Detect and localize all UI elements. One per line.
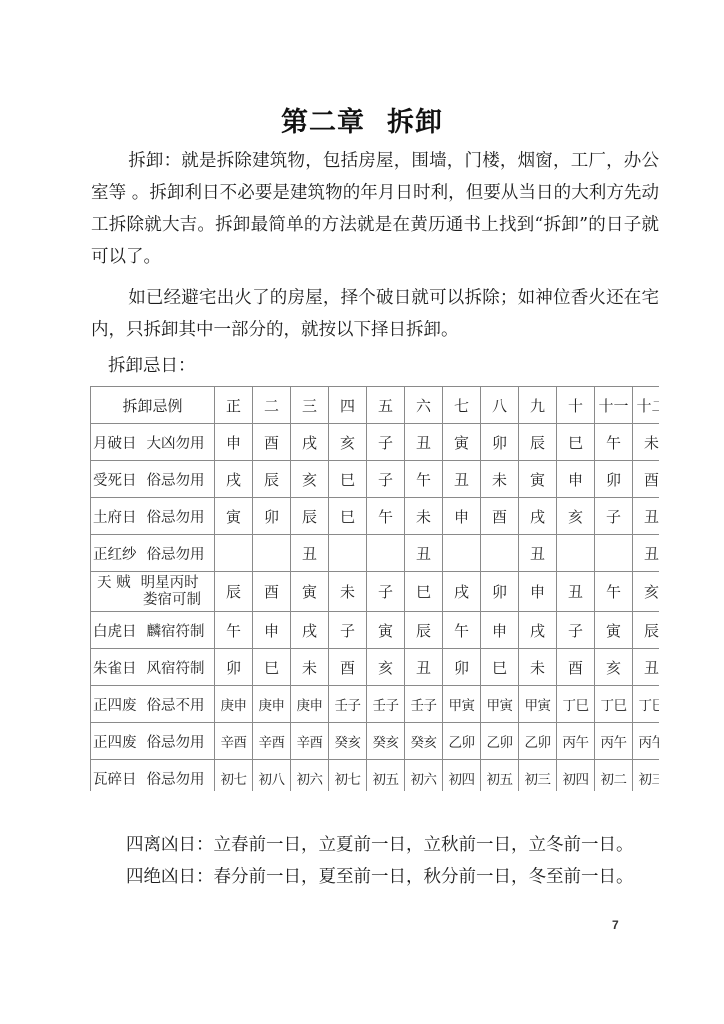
table-cell [595,535,633,572]
table-cell: 癸亥 [329,723,367,760]
table-cell: 未 [633,424,660,461]
table-row: 天 贼明星丙时娄宿可制 辰 酉 寅 未 子 巳 戌 卯 申 丑 午 亥 [91,572,660,612]
table-cell: 初四 [557,760,595,792]
table-cell: 辛酉 [215,723,253,760]
table-cell: 未 [291,649,329,686]
table-cell: 癸亥 [405,723,443,760]
row-name: 白虎日 [93,624,137,640]
month-header: 十 [557,387,595,424]
month-header: 七 [443,387,481,424]
row-name: 正四废 [93,735,137,751]
table-header-row: 拆卸忌例 正 二 三 四 五 六 七 八 九 十 十一 十二 [91,387,660,424]
table-cell: 申 [443,498,481,535]
intro-paragraph-text: 拆卸：就是拆除建筑物，包括房屋，围墙，门楼，烟窗，工厂，办公室等 。拆卸利日不必… [91,151,659,267]
intro-paragraph: 拆卸：就是拆除建筑物，包括房屋，围墙，门楼，烟窗，工厂，办公室等 。拆卸利日不必… [91,145,659,273]
table-cell: 巳 [253,649,291,686]
table-cell: 初六 [405,760,443,792]
month-header: 八 [481,387,519,424]
row-note-line2: 娄宿可制 [97,592,214,609]
table-cell: 初五 [367,760,405,792]
table-cell: 子 [367,424,405,461]
table-cell: 丑 [291,535,329,572]
table-row: 朱雀日风宿符制 卯 巳 未 酉 亥 丑 卯 巳 未 酉 亥 丑 [91,649,660,686]
table-cell: 甲寅 [481,686,519,723]
table-cell: 辰 [519,424,557,461]
table-cell: 辰 [253,461,291,498]
table-cell: 丑 [405,649,443,686]
table-cell: 午 [595,572,633,612]
table-cell: 初五 [481,760,519,792]
table-cell: 巳 [329,498,367,535]
table-cell: 壬子 [329,686,367,723]
table-cell: 初六 [291,760,329,792]
table-cell: 初二 [595,760,633,792]
table-cell: 乙卯 [443,723,481,760]
table-row: 正红纱俗忌勿用 丑 丑 丑 丑 [91,535,660,572]
four-extinction-days-note: 四绝凶日：春分前一日，夏至前一日，秋分前一日，冬至前一日。 [126,864,634,890]
row-label: 受死日俗忌勿用 [91,461,215,498]
table-cell: 子 [557,612,595,649]
table-cell: 丁巳 [595,686,633,723]
row-name: 天 贼 [97,575,131,591]
table-cell: 申 [253,612,291,649]
table-cell [367,535,405,572]
table-cell: 子 [595,498,633,535]
table-cell: 酉 [253,572,291,612]
table-cell: 戌 [215,461,253,498]
table-cell: 巳 [557,424,595,461]
table-cell: 辰 [215,572,253,612]
table-cell: 初七 [329,760,367,792]
table-cell: 卯 [595,461,633,498]
row-note: 俗忌勿用 [147,547,205,563]
table-cell: 午 [215,612,253,649]
table-cell: 丁巳 [557,686,595,723]
header-label: 拆卸忌例 [91,387,215,424]
table-cell: 子 [329,612,367,649]
table-cell: 亥 [557,498,595,535]
table-cell: 初八 [253,760,291,792]
table-cell: 寅 [215,498,253,535]
table-cell: 申 [215,424,253,461]
taboo-days-table: 拆卸忌例 正 二 三 四 五 六 七 八 九 十 十一 十二 月破日大凶勿用 申… [90,386,659,791]
chapter-number: 第二章 [281,107,365,138]
table-cell: 酉 [633,461,660,498]
row-name: 月破日 [93,436,137,452]
table-cell: 丙午 [633,723,660,760]
table-cell: 亥 [329,424,367,461]
month-header: 四 [329,387,367,424]
row-note: 大凶勿用 [147,436,205,452]
table-cell [557,535,595,572]
row-note: 明星丙时 [141,575,199,591]
table-cell: 丑 [557,572,595,612]
table-cell: 寅 [367,612,405,649]
table-cell: 辰 [405,612,443,649]
page-number: 7 [612,918,619,932]
row-name: 土府日 [93,510,137,526]
table-cell: 丑 [633,498,660,535]
month-header: 十二 [633,387,660,424]
table-cell: 丑 [519,535,557,572]
table-cell: 子 [367,572,405,612]
table-cell: 酉 [329,649,367,686]
table-cell: 未 [405,498,443,535]
table-cell: 庚申 [253,686,291,723]
table-row: 土府日俗忌勿用 寅 卯 辰 巳 午 未 申 酉 戌 亥 子 丑 [91,498,660,535]
taboo-days-table-container: 拆卸忌例 正 二 三 四 五 六 七 八 九 十 十一 十二 月破日大凶勿用 申… [90,386,659,791]
table-cell: 未 [329,572,367,612]
table-cell: 午 [405,461,443,498]
table-cell: 卯 [253,498,291,535]
table-cell: 子 [367,461,405,498]
table-cell: 初三 [519,760,557,792]
row-note: 俗忌勿用 [147,510,205,526]
row-name: 瓦碎日 [93,772,137,788]
row-note: 俗忌不用 [147,698,205,714]
table-cell: 亥 [633,572,660,612]
table-cell: 亥 [595,649,633,686]
row-name: 朱雀日 [93,661,137,677]
table-cell: 壬子 [405,686,443,723]
table-row: 正四废俗忌勿用 辛酉 辛酉 辛酉 癸亥 癸亥 癸亥 乙卯 乙卯 乙卯 丙午 丙午… [91,723,660,760]
table-cell [253,535,291,572]
table-cell: 乙卯 [519,723,557,760]
table-cell [443,535,481,572]
table-cell: 寅 [519,461,557,498]
table-cell: 丙午 [595,723,633,760]
table-cell: 甲寅 [443,686,481,723]
rule-paragraph-text: 如已经避宅出火了的房屋，择个破日就可以拆除；如神位香火还在宅内，只拆卸其中一部分… [91,288,659,340]
table-cell: 午 [367,498,405,535]
month-header: 五 [367,387,405,424]
row-label: 白虎日麟宿符制 [91,612,215,649]
page-title: 第二章拆卸 [0,100,724,139]
table-cell: 寅 [291,572,329,612]
table-cell [215,535,253,572]
table-cell: 辰 [633,612,660,649]
table-cell: 丑 [443,461,481,498]
table-row: 月破日大凶勿用 申 酉 戌 亥 子 丑 寅 卯 辰 巳 午 未 [91,424,660,461]
table-cell: 戌 [291,424,329,461]
table-cell: 巳 [329,461,367,498]
row-note: 麟宿符制 [147,624,205,640]
chapter-name: 拆卸 [387,107,443,138]
table-cell: 酉 [253,424,291,461]
table-cell: 甲寅 [519,686,557,723]
row-name: 正红纱 [93,547,137,563]
row-label: 朱雀日风宿符制 [91,649,215,686]
table-cell: 亥 [367,649,405,686]
table-cell: 卯 [215,649,253,686]
table-row: 正四废俗忌不用 庚申 庚申 庚申 壬子 壬子 壬子 甲寅 甲寅 甲寅 丁巳 丁巳… [91,686,660,723]
row-label: 天 贼明星丙时娄宿可制 [91,572,215,612]
table-cell: 辰 [291,498,329,535]
table-cell: 寅 [443,424,481,461]
month-header: 正 [215,387,253,424]
table-cell: 丁巳 [633,686,660,723]
table-cell: 壬子 [367,686,405,723]
table-cell: 庚申 [215,686,253,723]
table-cell: 庚申 [291,686,329,723]
table-row: 白虎日麟宿符制 午 申 戌 子 寅 辰 午 申 戌 子 寅 辰 [91,612,660,649]
table-cell: 巳 [405,572,443,612]
table-cell: 申 [519,572,557,612]
table-cell: 午 [443,612,481,649]
table-cell: 亥 [291,461,329,498]
table-cell: 未 [519,649,557,686]
table-cell: 丑 [633,535,660,572]
rule-paragraph: 如已经避宅出火了的房屋，择个破日就可以拆除；如神位香火还在宅内，只拆卸其中一部分… [91,282,659,346]
table-cell: 辛酉 [253,723,291,760]
table-cell: 未 [481,461,519,498]
table-cell: 申 [481,612,519,649]
table-cell: 戌 [519,612,557,649]
month-header: 十一 [595,387,633,424]
table-cell [481,535,519,572]
table-cell: 酉 [481,498,519,535]
four-separation-days-note: 四离凶日：立春前一日，立夏前一日，立秋前一日，立冬前一日。 [126,832,634,858]
month-header: 六 [405,387,443,424]
month-header: 三 [291,387,329,424]
table-cell: 癸亥 [367,723,405,760]
table-row: 受死日俗忌勿用 戌 辰 亥 巳 子 午 丑 未 寅 申 卯 酉 [91,461,660,498]
row-name: 正四废 [93,698,137,714]
table-cell: 初四 [443,760,481,792]
table-cell: 卯 [481,424,519,461]
table-cell: 辛酉 [291,723,329,760]
month-header: 九 [519,387,557,424]
table-cell: 申 [557,461,595,498]
row-label: 土府日俗忌勿用 [91,498,215,535]
table-cell: 初七 [215,760,253,792]
table-cell: 初三 [633,760,660,792]
table-cell: 寅 [595,612,633,649]
table-cell: 午 [595,424,633,461]
table-cell: 酉 [557,649,595,686]
row-note: 俗忌勿用 [147,772,205,788]
table-cell: 丑 [405,535,443,572]
row-note: 俗忌勿用 [147,735,205,751]
table-cell: 丑 [405,424,443,461]
table-cell [329,535,367,572]
row-label: 月破日大凶勿用 [91,424,215,461]
row-label: 瓦碎日俗忌勿用 [91,760,215,792]
table-cell: 巳 [481,649,519,686]
row-note: 风宿符制 [147,661,205,677]
row-name: 受死日 [93,473,137,489]
table-caption: 拆卸忌日： [108,354,196,378]
table-row: 瓦碎日俗忌勿用 初七 初八 初六 初七 初五 初六 初四 初五 初三 初四 初二… [91,760,660,792]
table-cell: 戌 [443,572,481,612]
table-cell: 丙午 [557,723,595,760]
table-cell: 戌 [291,612,329,649]
table-cell: 戌 [519,498,557,535]
table-cell: 乙卯 [481,723,519,760]
row-label: 正红纱俗忌勿用 [91,535,215,572]
table-cell: 卯 [443,649,481,686]
month-header: 二 [253,387,291,424]
row-note: 俗忌勿用 [147,473,205,489]
row-label: 正四废俗忌不用 [91,686,215,723]
table-cell: 丑 [633,649,660,686]
table-cell: 卯 [481,572,519,612]
row-label: 正四废俗忌勿用 [91,723,215,760]
